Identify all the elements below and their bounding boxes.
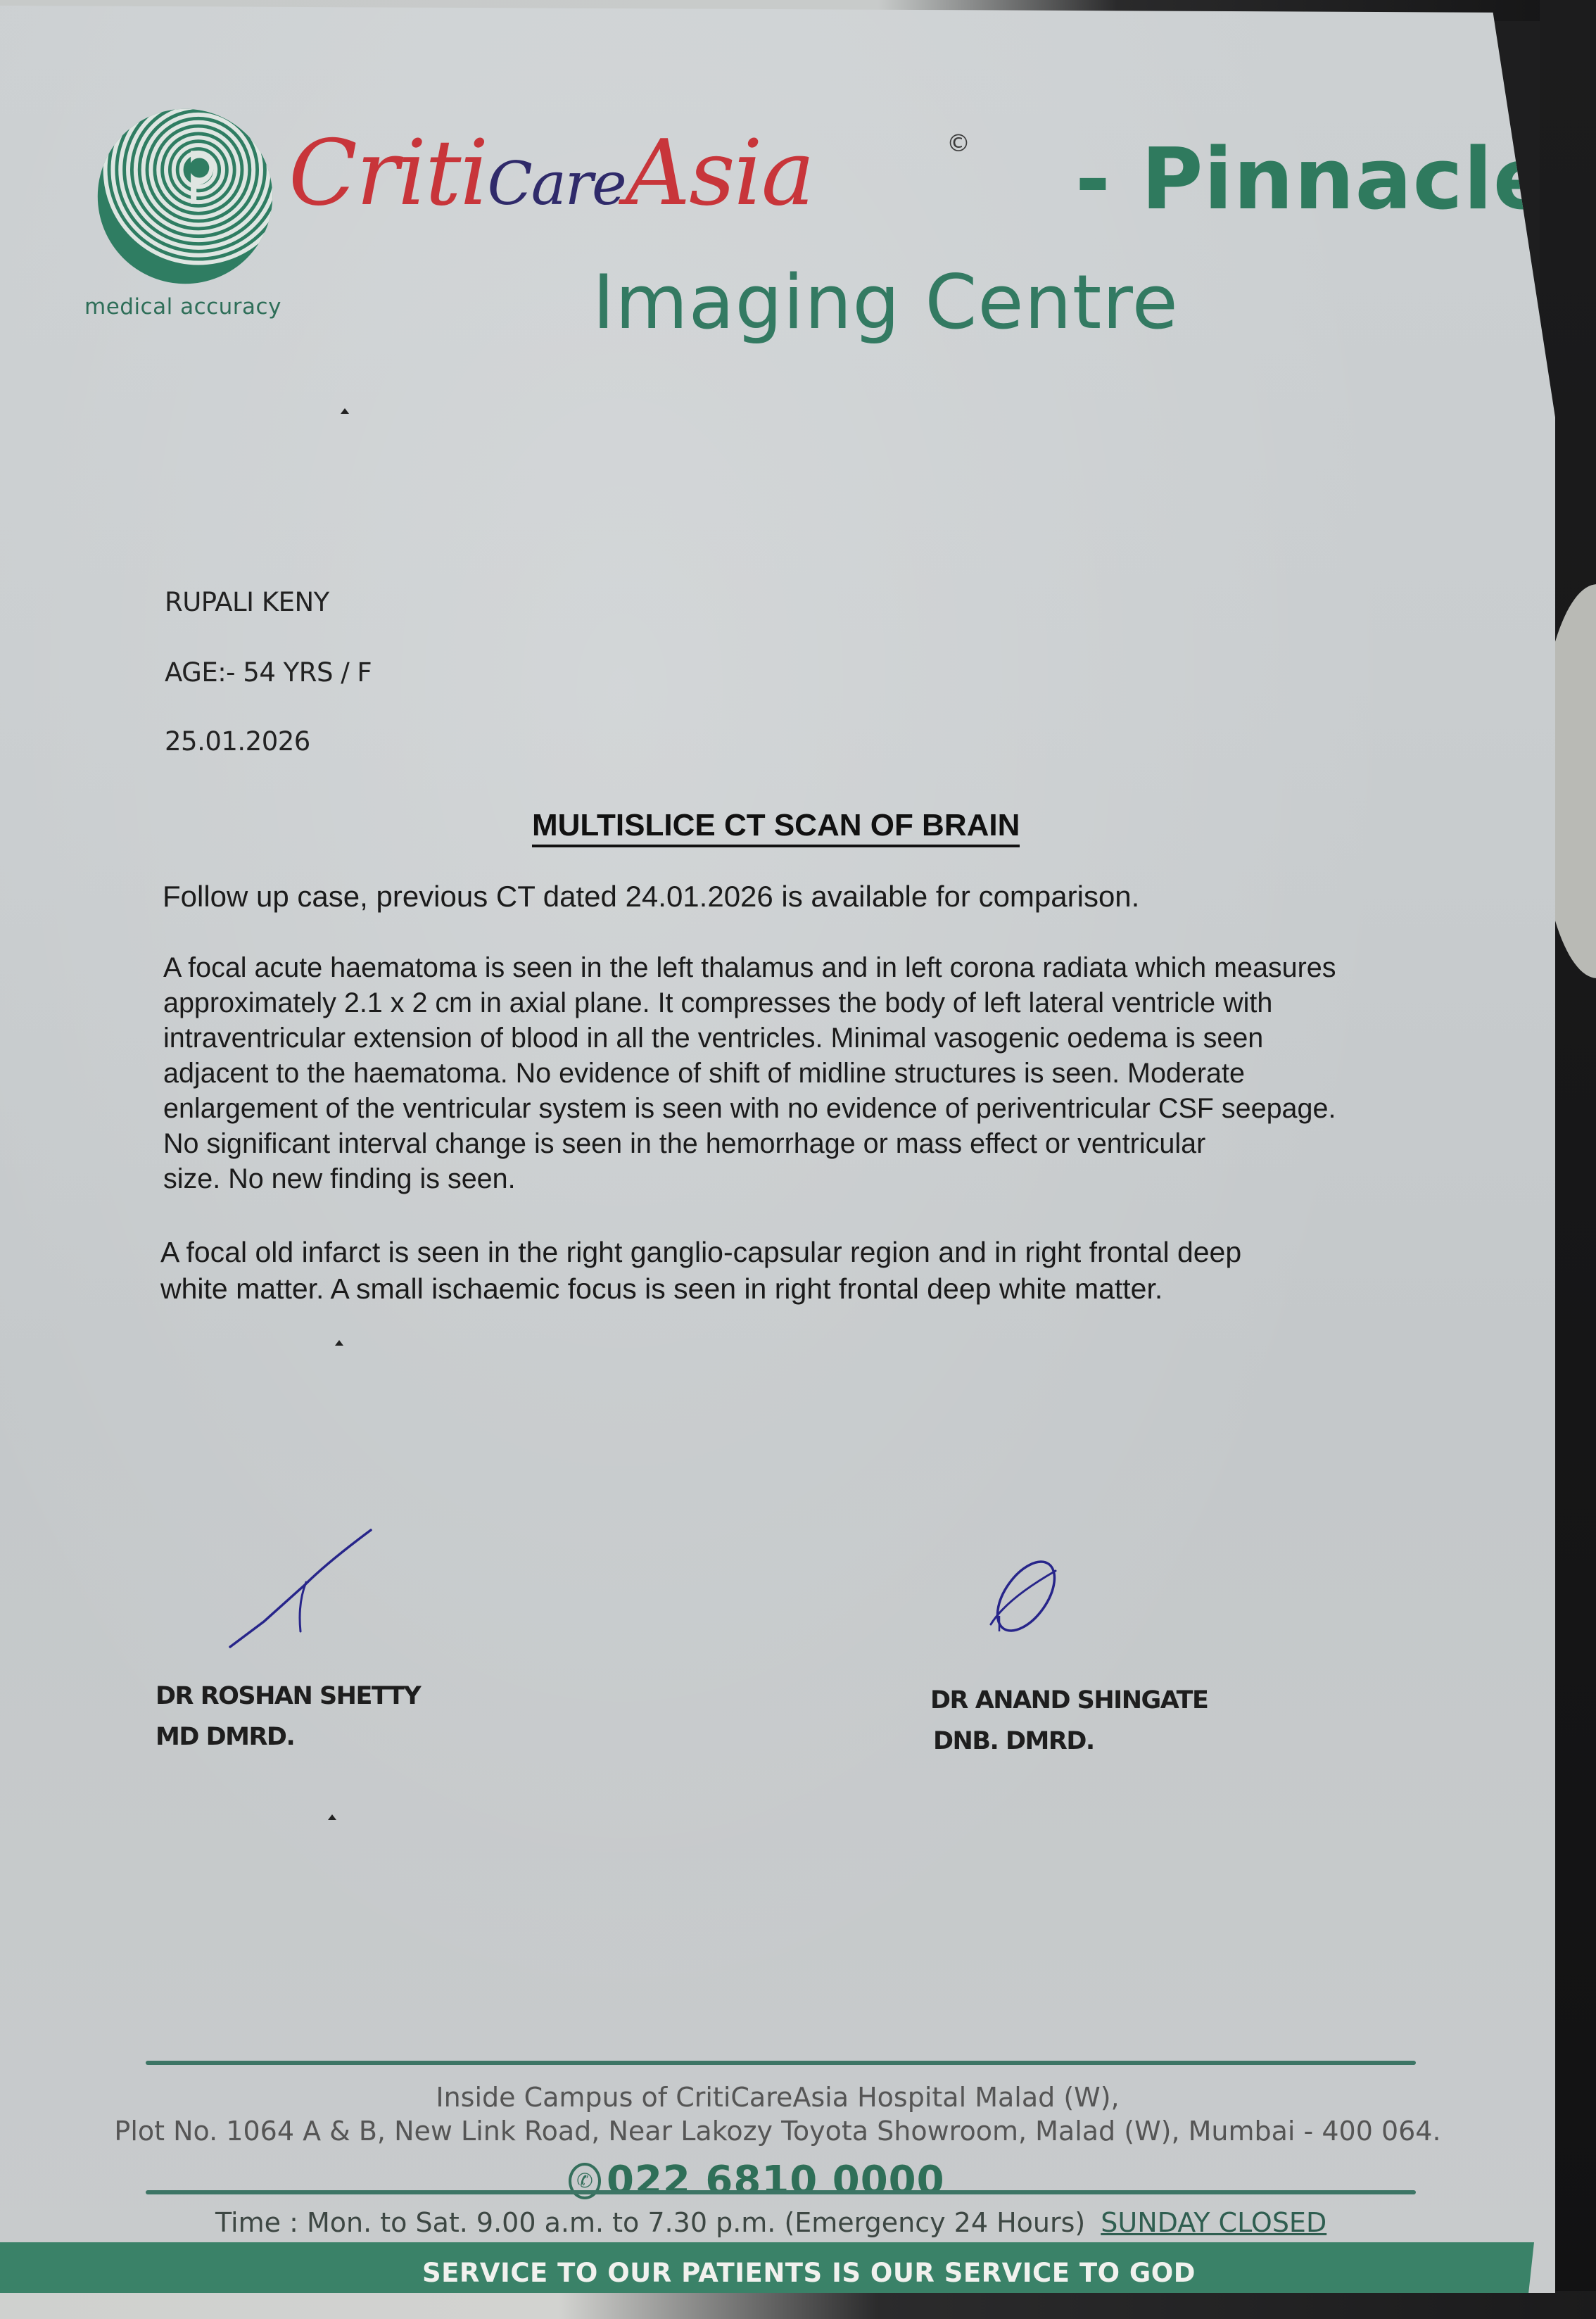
brand-part-criti: Criti <box>289 121 487 226</box>
paper-speck <box>341 408 349 414</box>
patient-age-sex: AGE:- 54 YRS / F <box>165 657 372 688</box>
signatory-1-name: DR ROSHAN SHETTY <box>156 1682 420 1710</box>
footer-motto: SERVICE TO OUR PATIENTS IS OUR SERVICE T… <box>422 2258 1196 2288</box>
findings-line: adjacent to the haematoma. No evidence o… <box>163 1056 1336 1091</box>
findings-line: A focal old infarct is seen in the right… <box>160 1234 1241 1270</box>
paper-speck <box>328 1814 336 1820</box>
phone-row: ✆ 022 6810 0000 <box>569 2158 945 2204</box>
signature-shingate-icon <box>978 1541 1091 1647</box>
report-lead: Follow up case, previous CT dated 24.01.… <box>163 880 1139 914</box>
phone-number: 022 6810 0000 <box>607 2158 945 2204</box>
centre-subtitle: Imaging Centre <box>593 259 1179 346</box>
report-paper: medical accuracy CritiCareAsia © - Pinna… <box>0 6 1555 2293</box>
signatory-2-name: DR ANAND SHINGATE <box>930 1686 1208 1714</box>
findings-line: enlargement of the ventricular system is… <box>163 1091 1336 1126</box>
findings-line: approximately 2.1 x 2 cm in axial plane.… <box>163 985 1336 1021</box>
signature-shetty-icon <box>222 1526 384 1660</box>
brand-part-asia: Asia <box>626 121 813 226</box>
report-title: MULTISLICE CT SCAN OF BRAIN <box>532 808 1020 847</box>
brand-wordmark: CritiCareAsia <box>289 129 992 270</box>
address-line-2: Plot No. 1064 A & B, New Link Road, Near… <box>0 2116 1555 2147</box>
sunday-closed-note: SUNDAY CLOSED <box>1101 2207 1326 2238</box>
findings-paragraph-1: A focal acute haematoma is seen in the l… <box>163 950 1336 1196</box>
footer-rule-bottom <box>146 2190 1416 2194</box>
hours-text: Time : Mon. to Sat. 9.00 a.m. to 7.30 p.… <box>215 2207 1085 2238</box>
findings-line: size. No new finding is seen. <box>163 1161 1336 1196</box>
background-bottom <box>0 2291 1596 2319</box>
footer-rule-top <box>146 2061 1416 2065</box>
findings-line: A focal acute haematoma is seen in the l… <box>163 950 1336 985</box>
signatory-1-qualification: MD DMRD. <box>156 1723 294 1751</box>
findings-line: No significant interval change is seen i… <box>163 1126 1336 1161</box>
signatory-2-qualification: DNB. DMRD. <box>933 1727 1094 1755</box>
brand-part-care: Care <box>487 149 625 218</box>
findings-line: white matter. A small ischaemic focus is… <box>160 1270 1241 1307</box>
brand-suffix: - Pinnacle <box>1075 131 1551 229</box>
opening-hours: Time : Mon. to Sat. 9.00 a.m. to 7.30 p.… <box>215 2207 1326 2238</box>
copyright-icon: © <box>946 129 970 158</box>
report-date: 25.01.2026 <box>165 726 310 757</box>
findings-paragraph-2: A focal old infarct is seen in the right… <box>160 1234 1241 1307</box>
patient-name: RUPALI KENY <box>165 587 329 617</box>
address-line-1: Inside Campus of CritiCareAsia Hospital … <box>0 2082 1555 2113</box>
paper-speck <box>335 1340 343 1346</box>
pinnacle-logo-icon <box>90 101 280 291</box>
logo-caption: medical accuracy <box>84 294 281 320</box>
findings-line: intraventricular extension of blood in a… <box>163 1021 1336 1056</box>
